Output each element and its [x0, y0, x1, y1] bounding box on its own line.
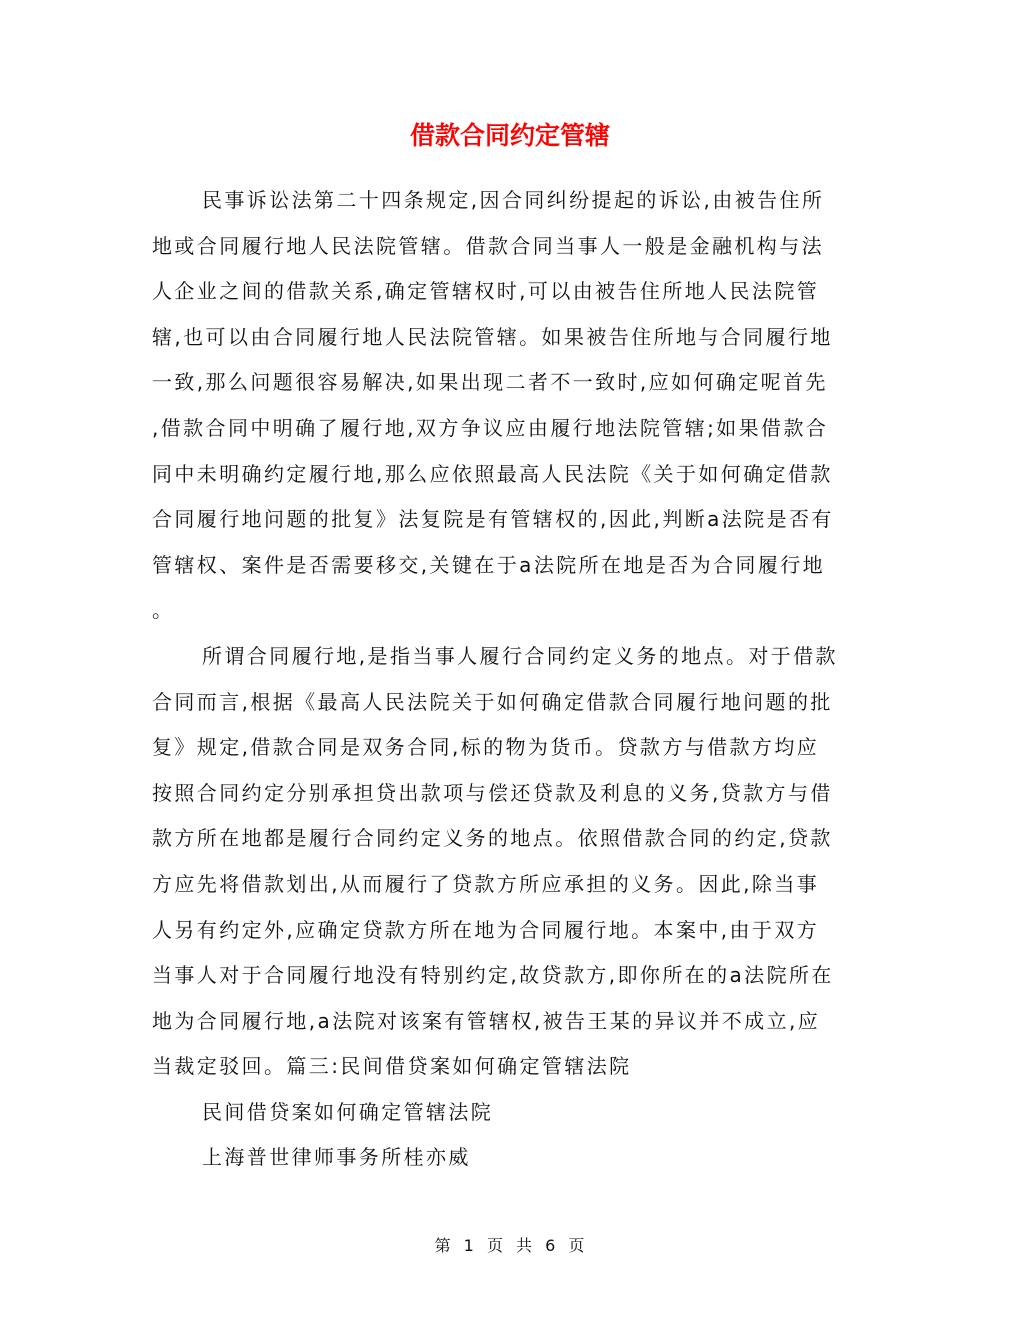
text-line: 人另有约定外,应确定贷款方所在地为合同履行地。本案中,由于双方: [152, 912, 856, 958]
text-line: 民间借贷案如何确定管辖法院: [152, 1094, 856, 1140]
document-page: 借款合同约定管辖 民事诉讼法第二十四条规定,因合同纠纷提起的诉讼,由被告住所地或…: [0, 0, 1020, 1320]
text-line: 一致,那么问题很容易解决,如果出现二者不一致时,应如何确定呢首先: [152, 364, 856, 410]
text-line: 同中未明确约定履行地,那么应依照最高人民法院《关于如何确定借款: [152, 456, 856, 502]
text-line: 地为合同履行地,a法院对该案有管辖权,被告王某的异议并不成立,应: [152, 1003, 856, 1049]
text-line: 合同而言,根据《最高人民法院关于如何确定借款合同履行地问题的批: [152, 684, 856, 730]
text-line: 人企业之间的借款关系,确定管辖权时,可以由被告住所地人民法院管: [152, 273, 856, 319]
text-line: 方应先将借款划出,从而履行了贷款方所应承担的义务。因此,除当事: [152, 866, 856, 912]
text-line: 所谓合同履行地,是指当事人履行合同约定义务的地点。对于借款: [152, 638, 856, 684]
text-line: 。: [152, 592, 856, 638]
text-line: ,借款合同中明确了履行地,双方争议应由履行地法院管辖;如果借款合: [152, 410, 856, 456]
text-line: 地或合同履行地人民法院管辖。借款合同当事人一般是金融机构与法: [152, 228, 856, 274]
text-line: 当裁定驳回。篇三:民间借贷案如何确定管辖法院: [152, 1048, 856, 1094]
text-line: 民事诉讼法第二十四条规定,因合同纠纷提起的诉讼,由被告住所: [152, 182, 856, 228]
text-line: 合同履行地问题的批复》法复院是有管辖权的,因此,判断a法院是否有: [152, 501, 856, 547]
text-line: 上海普世律师事务所桂亦威: [152, 1139, 856, 1185]
text-line: 按照合同约定分别承担贷出款项与偿还贷款及利息的义务,贷款方与借: [152, 775, 856, 821]
text-line: 复》规定,借款合同是双务合同,标的物为货币。贷款方与借款方均应: [152, 729, 856, 775]
text-line: 辖,也可以由合同履行地人民法院管辖。如果被告住所地与合同履行地: [152, 319, 856, 365]
document-title: 借款合同约定管辖: [0, 118, 1020, 154]
text-line: 管辖权、案件是否需要移交,关键在于a法院所在地是否为合同履行地: [152, 547, 856, 593]
text-line: 款方所在地都是履行合同约定义务的地点。依照借款合同的约定,贷款: [152, 820, 856, 866]
page-footer: 第 1 页 共 6 页: [0, 1236, 1020, 1256]
document-body: 民事诉讼法第二十四条规定,因合同纠纷提起的诉讼,由被告住所地或合同履行地人民法院…: [152, 182, 856, 1185]
text-line: 当事人对于合同履行地没有特别约定,故贷款方,即你所在的a法院所在: [152, 957, 856, 1003]
